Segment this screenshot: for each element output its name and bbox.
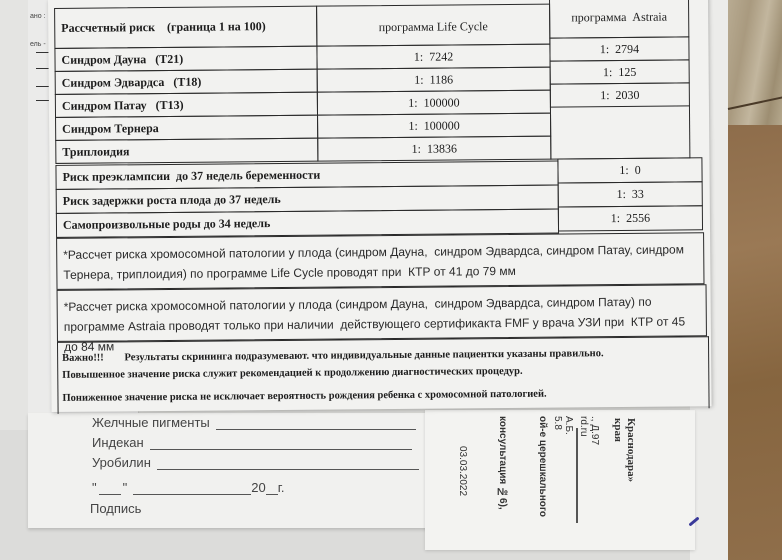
- date-quote: ": [123, 480, 128, 495]
- stamp-text: края: [612, 418, 624, 442]
- stamp-text: ой-е церешкального: [537, 416, 548, 517]
- column-header-text: программа Life Cycle: [379, 19, 488, 35]
- note-life-cycle: *Рассчет риска хромосомной патологии у п…: [56, 232, 704, 290]
- stamp-text: rd.ru: [578, 416, 589, 437]
- column-header-life-cycle: программа Life Cycle: [316, 4, 550, 47]
- table-cell-astraia: 1: 2794: [549, 36, 689, 61]
- table-row-label: Триплоидия: [55, 138, 318, 164]
- stamp-text: 5.8: [552, 416, 563, 430]
- risk-value: 1: 33: [616, 187, 643, 202]
- risk-value: 1: 1186: [414, 72, 453, 87]
- row-label-text: Синдром Тернера: [62, 121, 159, 137]
- field-blank-line: [216, 417, 416, 430]
- year-prefix: 20: [251, 480, 265, 495]
- row-label-text: Синдром Патау (Т13): [62, 97, 184, 113]
- table-cell-life-cycle: 1: 7242: [316, 44, 550, 70]
- table-cell-astraia: 1: 33: [558, 181, 703, 207]
- form-field-urobilin: Уробилин: [92, 455, 419, 470]
- day-blank: [99, 482, 121, 495]
- form-date-line: " " 20 г.: [92, 480, 285, 495]
- stamp-text: консультация №6),: [497, 416, 508, 510]
- signature-row: Подпись: [90, 501, 141, 516]
- row-label-text: Риск задержки роста плода до 37 недель: [63, 192, 281, 209]
- table-cell-astraia: 1: 2556: [558, 205, 703, 231]
- note-text: *Рассчет риска хромосомной патологии у п…: [63, 239, 697, 285]
- important-prefix: Важно!!!: [62, 353, 104, 364]
- row-label-text: Триплоидия: [62, 144, 129, 160]
- signature-label: Подпись: [90, 501, 141, 516]
- table-cell-astraia: 1: 2030: [550, 82, 690, 107]
- row-label-text: Самопроизвольные роды до 34 недель: [63, 216, 270, 233]
- table-cell-astraia-empty: [550, 105, 690, 159]
- field-blank-line: [157, 457, 419, 470]
- risk-value: 1: 0: [619, 163, 640, 178]
- important-text: Результаты скрининга подразумевают. что …: [124, 348, 603, 363]
- year-blank: [266, 482, 278, 495]
- risk-value: 1: 2030: [600, 87, 639, 102]
- stamp-text: ., Д.97: [589, 416, 600, 445]
- risk-value: 1: 125: [603, 64, 636, 79]
- field-blank-line: [150, 437, 412, 450]
- column-header-astraia: программа Astraia: [549, 0, 689, 39]
- important-text: Повышенное значение риска служит рекомен…: [62, 363, 522, 384]
- row-label-text: Риск преэклампсии до 37 недель беременно…: [62, 168, 320, 185]
- table-cell-life-cycle: 1: 100000: [317, 90, 551, 116]
- row-label-text: Синдром Эдвардса (Т18): [62, 74, 202, 90]
- risk-value: 1: 2794: [600, 41, 639, 56]
- row-label-text: Синдром Дауна (Т21): [61, 51, 183, 67]
- side-snippet-text: ано :: [30, 13, 46, 20]
- field-label: Уробилин: [92, 455, 151, 470]
- column-header-text: программа Astraia: [571, 10, 667, 26]
- risk-value: 1: 100000: [408, 118, 459, 133]
- urine-analysis-form: Желчные пигменты Индекан Уробилин " " 20…: [28, 413, 428, 528]
- important-text: Пониженное значение риска не исключает в…: [62, 386, 546, 407]
- table-cell-life-cycle: 1: 100000: [317, 113, 551, 139]
- wooden-table: [728, 115, 782, 560]
- table-header-label: Рассчетный риск (граница 1 на 100): [54, 6, 317, 49]
- header-label-text: Рассчетный риск (граница 1 на 100): [61, 19, 266, 36]
- risk-value: 1: 7242: [414, 49, 453, 64]
- risk-value: 1: 13836: [412, 141, 457, 156]
- risk-value: 1: 100000: [408, 95, 459, 110]
- stamp-divider: [576, 428, 578, 523]
- table-cell-astraia: 1: 125: [550, 59, 690, 84]
- table-row-label: Синдром Эдвардса (Т18): [55, 69, 318, 95]
- risk-value: 1: 2556: [611, 211, 650, 226]
- stamp-text: Краснодара»: [625, 418, 637, 482]
- screening-results-document: Рассчетный риск (граница 1 на 100) прогр…: [48, 0, 712, 412]
- stamp-date: 03.03.2022: [457, 446, 468, 496]
- important-notice: Важно!!! Результаты скрининга подразумев…: [57, 336, 710, 414]
- note-astraia: *Рассчет риска хромосомной патологии у п…: [57, 284, 707, 342]
- form-field-bile-pigments: Желчные пигменты: [92, 415, 416, 430]
- stamp-text: А.Б.: [563, 416, 574, 435]
- field-label: Желчные пигменты: [92, 415, 210, 430]
- date-quote: ": [92, 480, 97, 495]
- table-cell-life-cycle: 1: 13836: [317, 136, 551, 162]
- side-snippet-text: ель -: [30, 41, 46, 48]
- year-suffix: г.: [278, 480, 285, 495]
- field-label: Индекан: [92, 435, 144, 450]
- form-field-indican: Индекан: [92, 435, 412, 450]
- table-cell-life-cycle: 1: 1186: [317, 67, 551, 93]
- table-cell-astraia: 1: 0: [557, 157, 702, 183]
- month-blank: [133, 482, 251, 495]
